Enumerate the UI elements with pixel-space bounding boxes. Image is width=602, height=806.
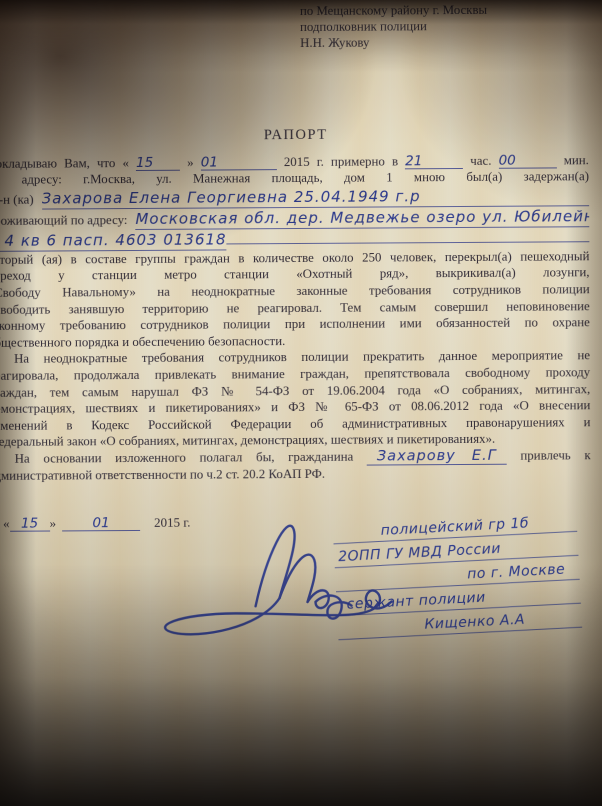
printed-text: Докладываю Вам, что « xyxy=(0,156,129,171)
printed-text: » xyxy=(50,516,57,533)
addressee-line: по Мещанскому району г. Москвы xyxy=(300,1,578,19)
printed-text: » xyxy=(187,155,194,169)
paragraph-2: На неоднократные требования сотрудников … xyxy=(0,347,602,450)
report-line: административной ответственности по ч.2 … xyxy=(0,464,602,484)
printed-label: проживающий по адресу: xyxy=(0,212,128,229)
addressee-line: Н.Н. Жукову xyxy=(300,33,578,51)
handwritten-hour: 21 xyxy=(405,155,463,169)
addressee-line: подполковник полиции xyxy=(300,17,578,35)
paragraph-1: Докладываю Вам, что « 15 » 01 2015 г. пр… xyxy=(0,152,602,352)
handwritten-footer-month: 01 xyxy=(62,517,140,531)
report-document: по Мещанскому району г. Москвы подполков… xyxy=(0,0,602,696)
officer-signature-block: полицейский гр 1б 2ОПП ГУ МВД России по … xyxy=(332,511,582,643)
printed-text: 2015 г. примерно в xyxy=(284,154,398,169)
report-line: проживающий по адресу: Московская обл. д… xyxy=(0,206,602,231)
report-footer: « 15 » 01 2015 г. полицейский гр 1б 2ОПП… xyxy=(0,512,602,696)
addressee-block: по Мещанскому району г. Москвы подполков… xyxy=(300,1,578,51)
report-title: РАПОРТ xyxy=(0,125,602,145)
photographed-report-page: по Мещанскому району г. Москвы подполков… xyxy=(0,0,602,806)
handwritten-month: 01 xyxy=(201,156,277,170)
handwritten-footer-day: 15 xyxy=(10,518,50,532)
handwritten-day: 15 xyxy=(136,156,180,170)
printed-text: мин. xyxy=(564,153,589,167)
printed-text: час. xyxy=(470,153,491,167)
handwritten-minute: 00 xyxy=(499,154,557,168)
printed-label: гр-н (ка) xyxy=(0,191,34,208)
blank-line-fill xyxy=(227,241,590,244)
handwritten-address: Московская обл. дер. Медвежье озеро ул. … xyxy=(135,206,589,230)
printed-text: привлечь к xyxy=(520,448,590,462)
handwritten-citizen-name: Захарову Е.Г xyxy=(367,448,507,466)
handwritten-address-2-passport: д 4 кв 6 пасп. 4603 013618 xyxy=(0,229,227,251)
printed-text: На основании изложенного полагал бы, гра… xyxy=(15,450,354,466)
paragraph-3: На основании изложенного полагал бы, гра… xyxy=(0,447,602,484)
